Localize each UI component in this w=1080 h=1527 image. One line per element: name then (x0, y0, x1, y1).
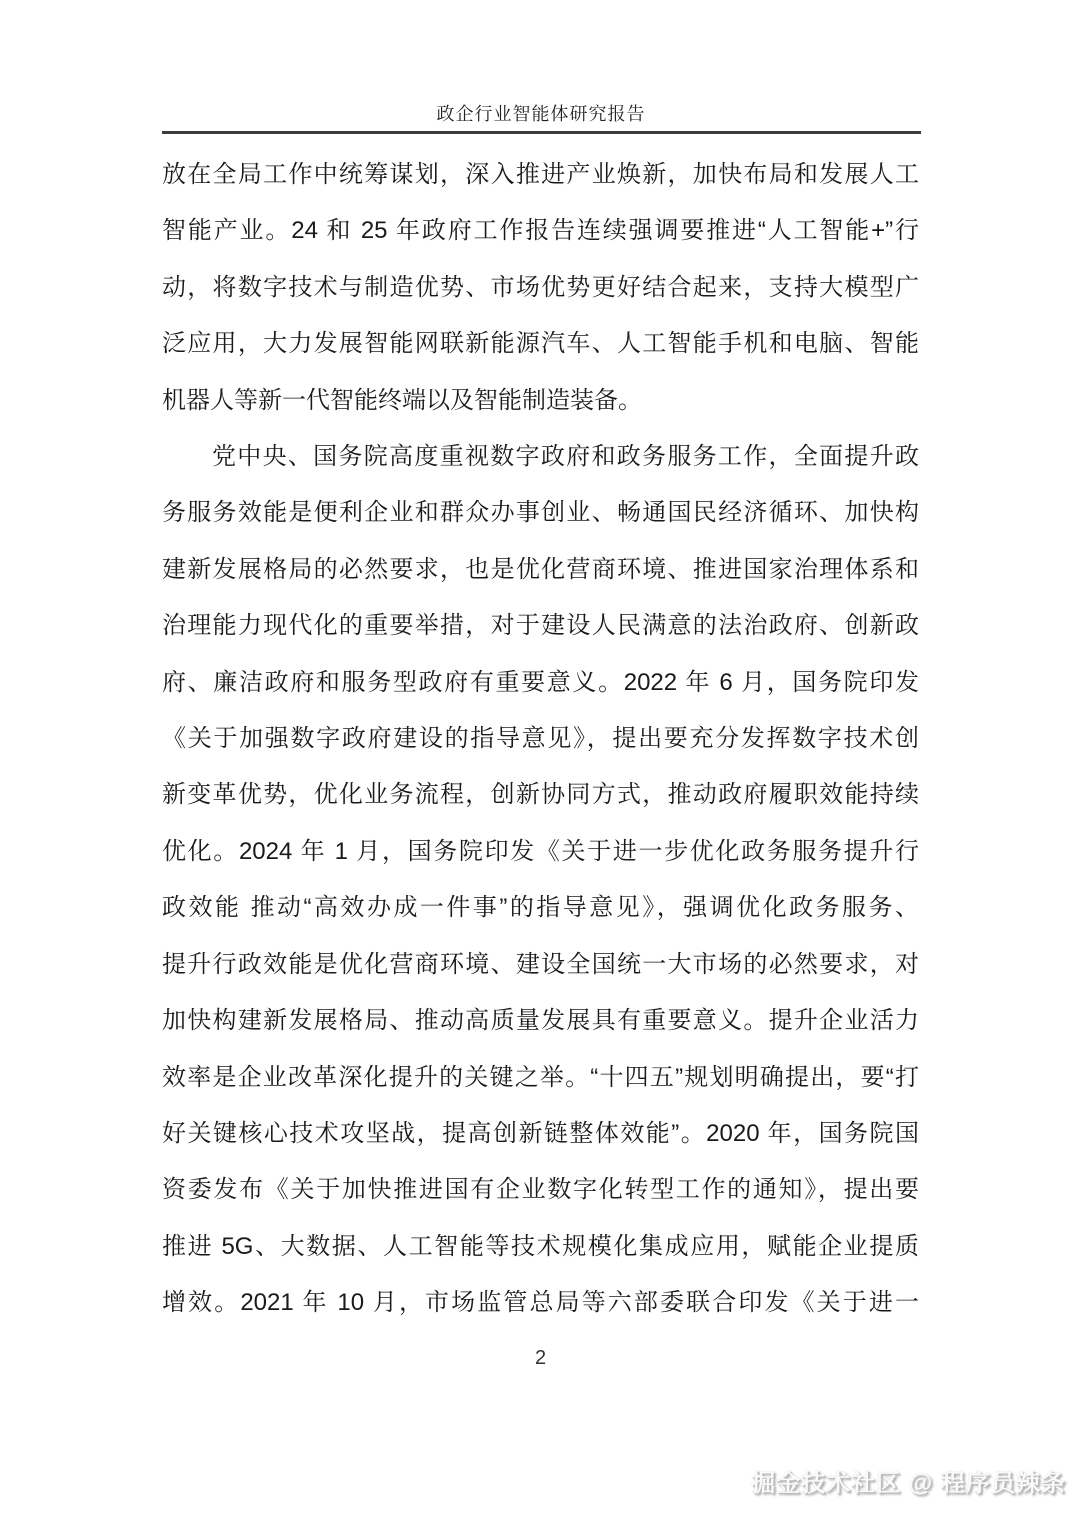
body-line: 《关于加强数字政府建设的指导意见》，提出要充分发挥数字技术创 (162, 711, 919, 767)
body-line: 推进 5G、大数据、人工智能等技术规模化集成应用，赋能企业提质 (162, 1219, 919, 1275)
body-line: 机器人等新一代智能终端以及智能制造装备。 (162, 373, 919, 429)
page-number: 2 (162, 1347, 919, 1370)
watermark: 掘金技术社区 @ 程序员辣条 (751, 1463, 1066, 1498)
body-line: 资委发布《关于加快推进国有企业数字化转型工作的通知》，提出要 (162, 1162, 919, 1218)
body-line: 党中央、国务院高度重视数字政府和政务服务工作，全面提升政 (162, 429, 919, 485)
body-line: 府、廉洁政府和服务型政府有重要意义。2022 年 6 月，国务院印发 (162, 655, 919, 711)
header-rule (162, 131, 921, 134)
body-line: 增效。2021 年 10 月，市场监管总局等六部委联合印发《关于进一 (162, 1275, 919, 1331)
body-line: 政效能 推动“高效办成一件事”的指导意见》，强调优化政务服务、 (162, 880, 919, 936)
body-line: 泛应用，大力发展智能网联新能源汽车、人工智能手机和电脑、智能 (162, 316, 919, 372)
body-line: 务服务效能是便利企业和群众办事创业、畅通国民经济循环、加快构 (162, 485, 919, 541)
body-line: 建新发展格局的必然要求，也是优化营商环境、推进国家治理体系和 (162, 542, 919, 598)
body-line: 放在全局工作中统筹谋划，深入推进产业焕新，加快布局和发展人工 (162, 147, 919, 203)
body-line: 动，将数字技术与制造优势、市场优势更好结合起来，支持大模型广 (162, 260, 919, 316)
body-line: 智能产业。24 和 25 年政府工作报告连续强调要推进“人工智能+”行 (162, 203, 919, 259)
document-page: 政企行业智能体研究报告 放在全局工作中统筹谋划，深入推进产业焕新，加快布局和发展… (0, 0, 1080, 1527)
body-line: 提升行政效能是优化营商环境、建设全国统一大市场的必然要求，对 (162, 937, 919, 993)
body-line: 加快构建新发展格局、推动高质量发展具有重要意义。提升企业活力 (162, 993, 919, 1049)
body-line: 优化。2024 年 1 月，国务院印发《关于进一步优化政务服务提升行 (162, 824, 919, 880)
header-title: 政企行业智能体研究报告 (162, 100, 920, 126)
body-line: 治理能力现代化的重要举措，对于建设人民满意的法治政府、创新政 (162, 598, 919, 654)
body-line: 新变革优势，优化业务流程，创新协同方式，推动政府履职效能持续 (162, 767, 919, 823)
body-line: 好关键核心技术攻坚战，提高创新链整体效能”。2020 年，国务院国 (162, 1106, 919, 1162)
body-line: 效率是企业改革深化提升的关键之举。“十四五”规划明确提出，要“打 (162, 1050, 919, 1106)
document-body: 放在全局工作中统筹谋划，深入推进产业焕新，加快布局和发展人工智能产业。24 和 … (162, 147, 919, 1332)
